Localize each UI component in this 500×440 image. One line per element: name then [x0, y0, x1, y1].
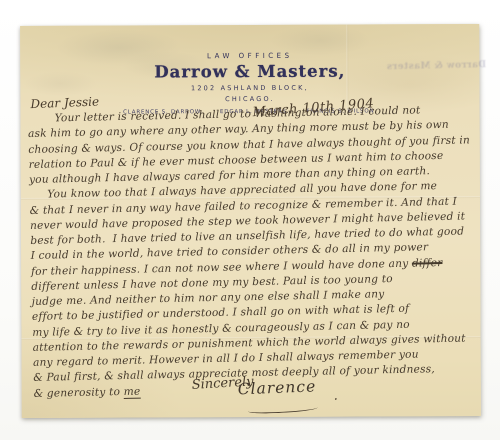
law-offices-label: LAW OFFICES — [20, 51, 479, 61]
letter-body: Your letter is received. I shall go to W… — [28, 102, 486, 402]
salutation: Dear Jessie — [30, 94, 99, 111]
letter-paper: Darrow & Masters LAW OFFICES Darrow & Ma… — [20, 24, 481, 418]
struck-out-word: differ — [412, 256, 443, 269]
letter-line-text: & generosity to — [34, 385, 124, 399]
firm-address: 1202 ASHLAND BLOCK, — [20, 83, 479, 93]
scan-background: Darrow & Masters LAW OFFICES Darrow & Ma… — [0, 0, 500, 440]
signature-period: . — [334, 389, 338, 404]
underlined-word: me — [124, 385, 141, 398]
signature-flourish — [248, 404, 318, 414]
firm-name: Darrow & Masters, — [20, 61, 479, 82]
signature-clarence: Clarence — [237, 377, 316, 398]
